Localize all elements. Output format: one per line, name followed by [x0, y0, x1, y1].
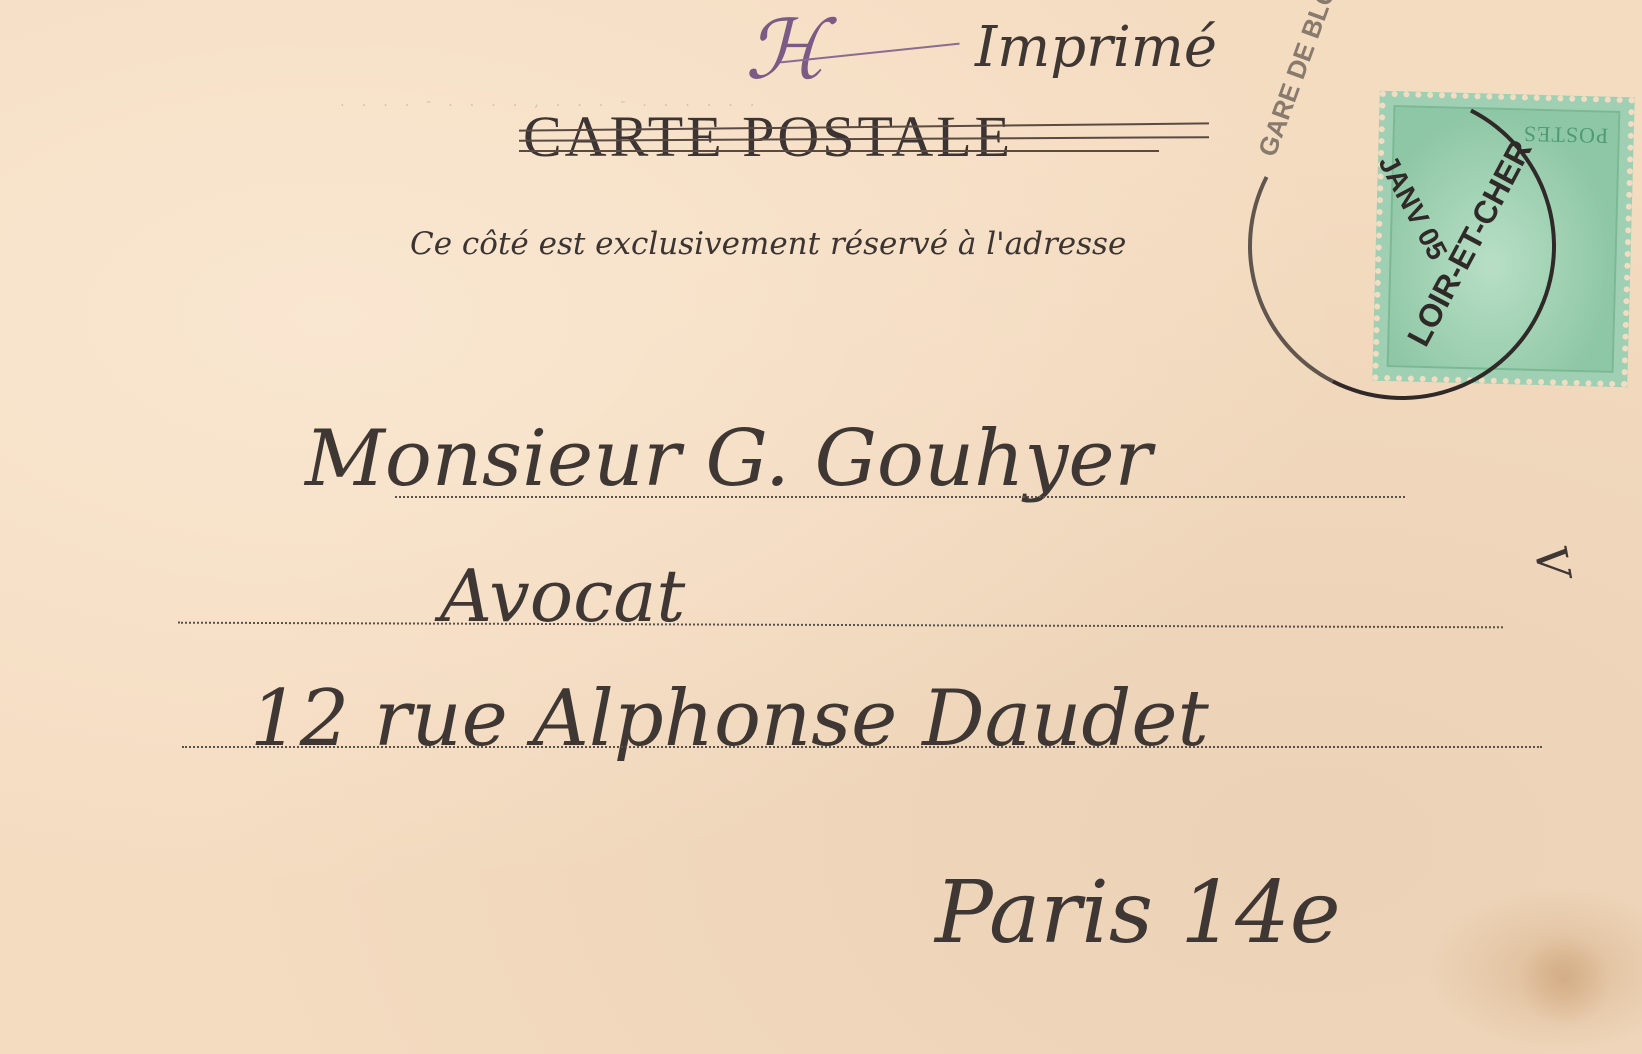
margin-note: V — [1526, 543, 1575, 582]
address-dotted-line-2 — [178, 622, 1503, 629]
address-line-1: Monsieur G. Gouhyer — [305, 420, 1152, 498]
address-line-4: Paris 14e — [935, 870, 1341, 956]
paper-stain — [1520, 930, 1610, 1030]
postcard-back: . . . . - . . . . , . . . - . . . . . . … — [0, 0, 1642, 1054]
stamp-label: POSTES — [1522, 120, 1608, 148]
heading-text: CARTE POSTALE — [523, 104, 1013, 169]
address-side-notice: Ce côté est exclusivement réservé à l'ad… — [410, 226, 1126, 262]
address-line-2: Avocat — [440, 560, 685, 632]
strikethrough-line — [519, 150, 1159, 152]
heading-carte-postale: CARTE POSTALE — [523, 108, 1013, 166]
address-dotted-line-1 — [395, 496, 1405, 498]
address-dotted-line-3 — [182, 746, 1542, 748]
violet-annotation-mark: ℋ — [745, 10, 826, 92]
handwritten-imprime: Imprimé — [975, 20, 1217, 76]
